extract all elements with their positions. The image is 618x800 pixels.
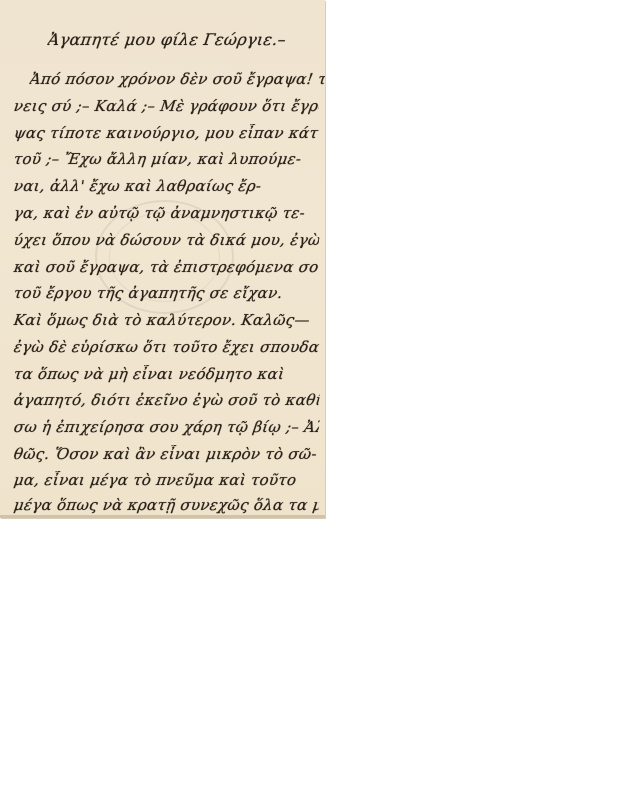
- letter-line-15: θῶς. Ὅσον καὶ ἂν εἶναι μικρὸν τὸ σῶ-: [13, 445, 321, 463]
- letter-line-8: καὶ σοῦ ἔγραψα, τὰ ἐπιστρεφόμενα σου: [13, 258, 321, 276]
- letter-paper: Ἀγαπητέ μου φίλε Γεώργιε.– Ἀπό πόσον χρό…: [0, 0, 325, 518]
- letter-line-5: ναι, ἀλλ' ἔχω καὶ λαθραίως ἔρ-: [13, 177, 321, 195]
- letter-line-4: τοῦ ;– Ἔχω ἄλλη μίαν, καὶ λυπούμε-: [13, 150, 321, 168]
- letter-line-16: μα, εἶναι μέγα τὸ πνεῦμα καὶ τοῦτο: [13, 471, 321, 489]
- letter-line-6: γα, καὶ ἐν αὐτῷ τῷ ἀναμνηστικῷ τε-: [13, 204, 321, 222]
- letter-line-2: νεις σύ ;– Καλά ;– Μὲ γράφουν ὅτι ἔγρα-: [13, 97, 321, 115]
- letter-line-1: Ἀπό πόσον χρόνον δὲν σοῦ ἔγραψα! τί κά-: [29, 70, 325, 88]
- letter-line-13: ἀγαπητό, διότι ἐκεῖνο ἐγὼ σοῦ τὸ καθί-: [13, 391, 321, 409]
- letter-line-14: σω ἡ ἐπιχείρησα σου χάρη τῷ βίῳ ;– Ἀλη-: [13, 418, 321, 436]
- letter-line-7: ύχει ὅπου νὰ δώσουν τὰ δικά μου, ἐγὼ: [13, 231, 321, 249]
- letter-line-17: μέγα ὅπως νὰ κρατῇ συνεχῶς ὅλα τα μέρη: [13, 496, 321, 514]
- letter-line-12: τα ὅπως νὰ μὴ εἶναι νεόδμητο καὶ: [13, 365, 321, 383]
- letter-salutation: Ἀγαπητέ μου φίλε Γεώργιε.–: [47, 30, 325, 49]
- page-canvas: Ἀγαπητέ μου φίλε Γεώργιε.– Ἀπό πόσον χρό…: [0, 0, 618, 800]
- letter-line-9: τοῦ ἔργου τῆς ἀγαπητῆς σε εἴχαν.: [13, 284, 321, 302]
- letter-line-11: ἐγὼ δὲ εὑρίσκω ὅτι τοῦτο ἔχει σπουδαιότη…: [13, 338, 321, 356]
- letter-line-3: ψας τίποτε καινούργιο, μου εἶπαν κάτι: [13, 124, 321, 142]
- letter-line-10: Καὶ ὅμως διὰ τὸ καλύτερον. Καλῶς—: [13, 311, 321, 329]
